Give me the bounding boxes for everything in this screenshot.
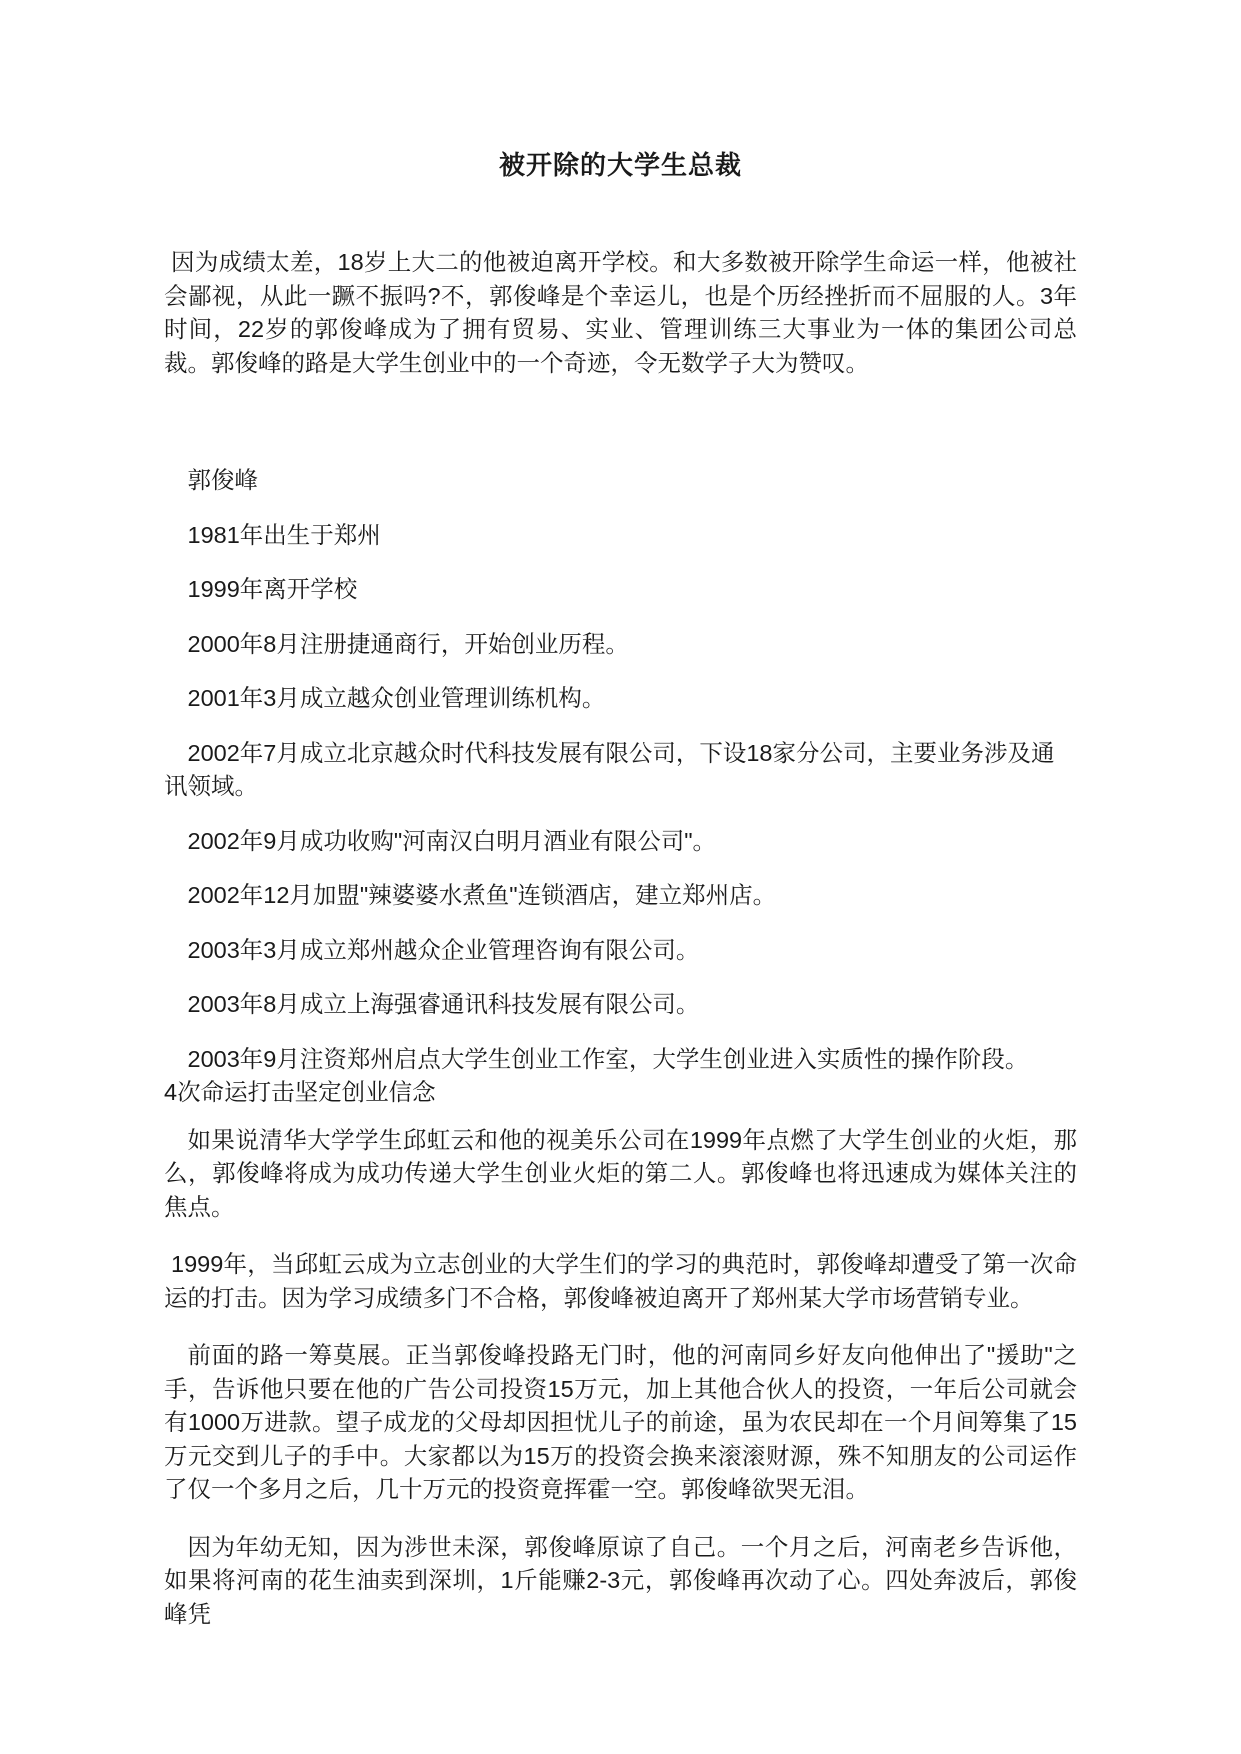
document-page: 被开除的大学生总裁 因为成绩太差，18岁上大二的他被迫离开学校。和大多数被开除学… <box>0 0 1241 1754</box>
timeline-item-2002-09: 2002年9月成功收购"河南汉白明月酒业有限公司"。 <box>164 825 1077 859</box>
document-title: 被开除的大学生总裁 <box>164 148 1077 182</box>
timeline-section: 郭俊峰 1981年出生于郑州 1999年离开学校 2000年8月注册捷通商行，开… <box>164 464 1077 1076</box>
timeline-item-name: 郭俊峰 <box>164 464 1077 498</box>
section-heading: 4次命运打击坚定创业信念 <box>164 1076 1077 1110</box>
body-paragraph-1: 如果说清华大学学生邱虹云和他的视美乐公司在1999年点燃了大学生创业的火炬，那么… <box>164 1124 1077 1225</box>
body-paragraph-4: 因为年幼无知，因为涉世未深，郭俊峰原谅了自己。一个月之后，河南老乡告诉他，如果将… <box>164 1531 1077 1632</box>
timeline-item-2003-08: 2003年8月成立上海强睿通讯科技发展有限公司。 <box>164 988 1077 1022</box>
intro-paragraph: 因为成绩太差，18岁上大二的他被迫离开学校。和大多数被开除学生命运一样，他被社会… <box>164 246 1077 380</box>
body-paragraph-2: 1999年，当邱虹云成为立志创业的大学生们的学习的典范时，郭俊峰却遭受了第一次命… <box>164 1248 1077 1315</box>
timeline-item-2001-03: 2001年3月成立越众创业管理训练机构。 <box>164 682 1077 716</box>
timeline-item-2000-08: 2000年8月注册捷通商行，开始创业历程。 <box>164 628 1077 662</box>
body-paragraph-3: 前面的路一筹莫展。正当郭俊峰投路无门时，他的河南同乡好友向他伸出了"援助"之手，… <box>164 1339 1077 1507</box>
timeline-item-2002-07: 2002年7月成立北京越众时代科技发展有限公司，下设18家分公司，主要业务涉及通… <box>164 737 1077 804</box>
timeline-item-1981: 1981年出生于郑州 <box>164 519 1077 553</box>
timeline-item-1999: 1999年离开学校 <box>164 573 1077 607</box>
timeline-item-2002-12: 2002年12月加盟"辣婆婆水煮鱼"连锁酒店，建立郑州店。 <box>164 879 1077 913</box>
timeline-item-2003-09: 2003年9月注资郑州启点大学生创业工作室，大学生创业进入实质性的操作阶段。 <box>164 1043 1077 1077</box>
timeline-item-2003-03: 2003年3月成立郑州越众企业管理咨询有限公司。 <box>164 934 1077 968</box>
